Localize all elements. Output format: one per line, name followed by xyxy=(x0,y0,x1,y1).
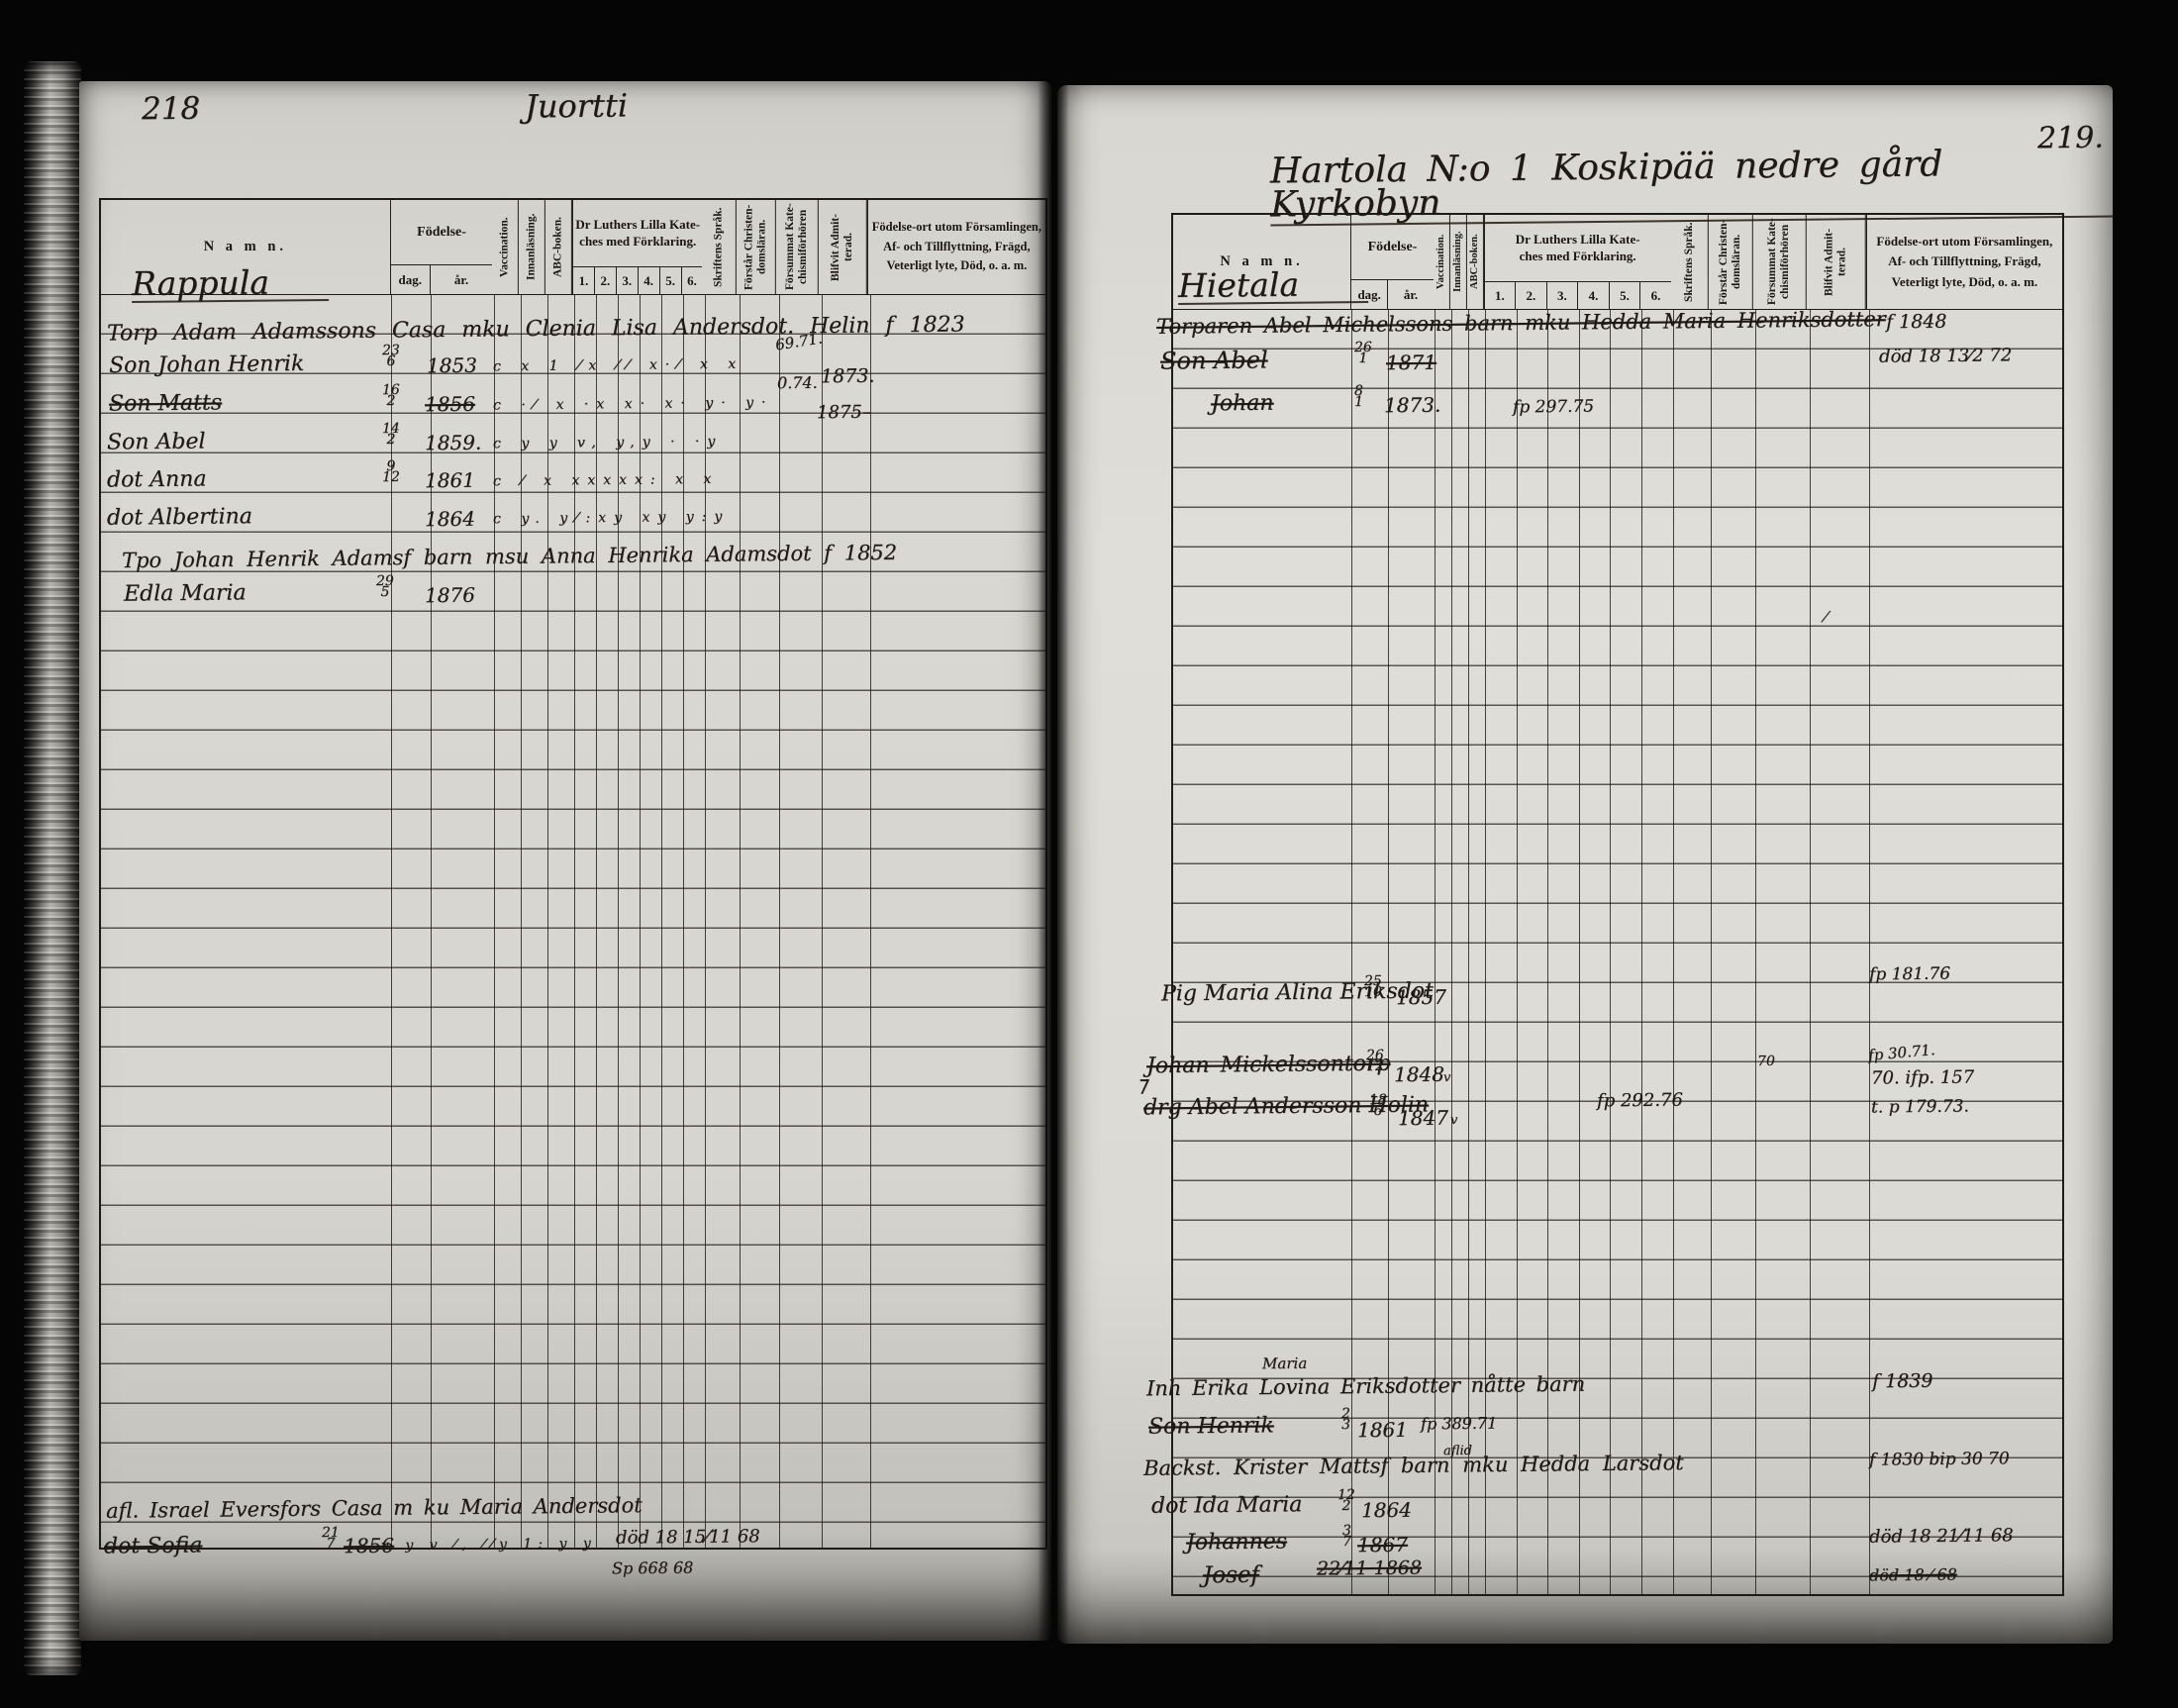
kateches-label: Dr Luthers Lilla Kate- ches med Förklari… xyxy=(1485,215,1671,281)
kateches-col-2: 2. xyxy=(1515,282,1546,309)
page-number: 219. xyxy=(2037,125,2104,153)
table-column-divider xyxy=(779,295,780,1550)
right-page: N a m n. Födelse- dag. år. Vaccination. … xyxy=(1057,85,2113,1644)
ar-label: år. xyxy=(431,265,493,294)
kateches-col-1: 1. xyxy=(573,267,594,294)
table-column-divider xyxy=(661,295,662,1550)
column-header-forsummat-katechismiforhoren: Försummat Kate- chismiförhören xyxy=(776,200,819,294)
table-column-divider xyxy=(870,295,871,1550)
column-header-skriftens-sprak: Skriftens Språk. xyxy=(1671,215,1709,309)
kateches-col-3: 3. xyxy=(1546,282,1578,309)
table-column-divider xyxy=(431,295,432,1550)
kateches-col-4: 4. xyxy=(638,267,659,294)
table-column-divider xyxy=(1435,310,1435,1596)
table-column-divider xyxy=(1869,310,1870,1596)
column-header-innanlasning: Innanläsning. xyxy=(1450,215,1467,309)
table-column-divider xyxy=(618,295,619,1550)
table-column-divider xyxy=(1388,310,1389,1596)
column-header-remarks: Födelse-ort utom Församlingen, Af- och T… xyxy=(1866,215,2062,309)
table-column-divider xyxy=(1451,310,1452,1596)
column-header-vaccination: Vaccination. xyxy=(1434,215,1450,309)
table-body xyxy=(1173,310,2062,1596)
fodelse-subrow: dag. år. xyxy=(1351,279,1434,309)
kateches-col-3: 3. xyxy=(616,267,638,294)
table-body xyxy=(101,295,1045,1550)
kateches-col-6: 6. xyxy=(1639,282,1671,309)
column-header-fodelse: Födelse- dag. år. xyxy=(390,200,493,294)
kateches-col-1: 1. xyxy=(1485,282,1516,309)
table-column-divider xyxy=(391,295,392,1550)
column-header-blifvit-admitterad: Blifvit Admit- terad. xyxy=(1807,215,1866,309)
table-column-divider xyxy=(740,295,741,1550)
table-column-divider xyxy=(574,295,575,1550)
column-header-forsummat-katechismiforhoren: Försummat Kate- chismiförhören xyxy=(1752,215,1807,309)
column-header-kateches: Dr Luthers Lilla Kate- ches med Förklari… xyxy=(1484,215,1671,309)
entry-remark: Sp 668 68 xyxy=(612,1560,693,1576)
table-column-divider xyxy=(1641,310,1642,1596)
kateches-subrow: 1. 2. 3. 4. 5. 6. xyxy=(573,266,702,294)
dag-label: dag. xyxy=(391,265,431,294)
margin-scribble: ⁊ xyxy=(1137,1075,1147,1096)
column-header-abc-boken: ABC-boken. xyxy=(545,200,572,294)
kateches-col-4: 4. xyxy=(1577,282,1609,309)
dag-label: dag. xyxy=(1351,280,1388,309)
column-header-kateches: Dr Luthers Lilla Kate- ches med Förklari… xyxy=(572,200,702,294)
scanned-parish-register-spread: N a m n. Födelse- dag. år. Vaccination. … xyxy=(0,0,2178,1708)
column-header-skriftens-sprak: Skriftens Språk. xyxy=(702,200,737,294)
column-header-forstar-christendomslaran: Förstår Christen- domsläran. xyxy=(1709,215,1753,309)
table-column-divider xyxy=(521,295,522,1550)
column-header-namn: N a m n. xyxy=(101,200,390,294)
book-spine-edge xyxy=(24,61,81,1675)
table-column-divider xyxy=(1579,310,1580,1596)
table-column-divider xyxy=(683,295,684,1550)
table-column-divider xyxy=(822,295,823,1550)
table-column-divider xyxy=(1755,310,1756,1596)
kateches-col-2: 2. xyxy=(594,267,616,294)
column-header-namn: N a m n. xyxy=(1173,215,1350,309)
record-table-left: N a m n. Födelse- dag. år. Vaccination. … xyxy=(99,198,1047,1550)
table-column-divider xyxy=(1610,310,1611,1596)
ar-label: år. xyxy=(1388,280,1434,309)
fodelse-subrow: dag. år. xyxy=(391,264,493,294)
column-header-fodelse: Födelse- dag. år. xyxy=(1350,215,1434,309)
column-header-blifvit-admitterad: Blifvit Admit- terad. xyxy=(819,200,867,294)
table-column-divider xyxy=(596,295,597,1550)
table-column-divider xyxy=(640,295,641,1550)
page-number: 218 xyxy=(142,95,200,125)
column-header-remarks: Födelse-ort utom Församlingen, Af- och T… xyxy=(867,200,1045,294)
kateches-label: Dr Luthers Lilla Kate- ches med Förklari… xyxy=(573,200,702,266)
kateches-col-5: 5. xyxy=(1609,282,1640,309)
book-gutter-shadow xyxy=(1038,71,1069,1656)
table-column-divider xyxy=(1351,310,1352,1596)
page-title: Juortti xyxy=(525,90,628,121)
column-header-innanlasning: Innanläsning. xyxy=(519,200,545,294)
fodelse-label: Födelse- xyxy=(391,200,493,264)
table-column-divider xyxy=(705,295,706,1550)
fodelse-label: Födelse- xyxy=(1351,215,1434,279)
table-column-divider xyxy=(1485,310,1486,1596)
table-column-divider xyxy=(1468,310,1469,1596)
table-column-divider xyxy=(547,295,548,1550)
table-column-divider xyxy=(1547,310,1548,1596)
kateches-col-5: 5. xyxy=(659,267,681,294)
record-table-right: N a m n. Födelse- dag. år. Vaccination. … xyxy=(1171,213,2064,1596)
column-header-abc-boken: ABC-boken. xyxy=(1467,215,1484,309)
table-header-row: N a m n. Födelse- dag. år. Vaccination. … xyxy=(101,200,1045,295)
table-column-divider xyxy=(1517,310,1518,1596)
column-header-vaccination: Vaccination. xyxy=(492,200,519,294)
table-column-divider xyxy=(1810,310,1811,1596)
kateches-subrow: 1. 2. 3. 4. 5. 6. xyxy=(1485,281,1671,309)
table-column-divider xyxy=(494,295,495,1550)
left-page: N a m n. Födelse- dag. år. Vaccination. … xyxy=(79,81,1051,1641)
table-header-row: N a m n. Födelse- dag. år. Vaccination. … xyxy=(1173,215,2062,310)
table-column-divider xyxy=(1711,310,1712,1596)
table-column-divider xyxy=(1673,310,1674,1596)
column-header-forstar-christendomslaran: Förstår Christen- domsläran. xyxy=(737,200,776,294)
kateches-col-6: 6. xyxy=(681,267,703,294)
